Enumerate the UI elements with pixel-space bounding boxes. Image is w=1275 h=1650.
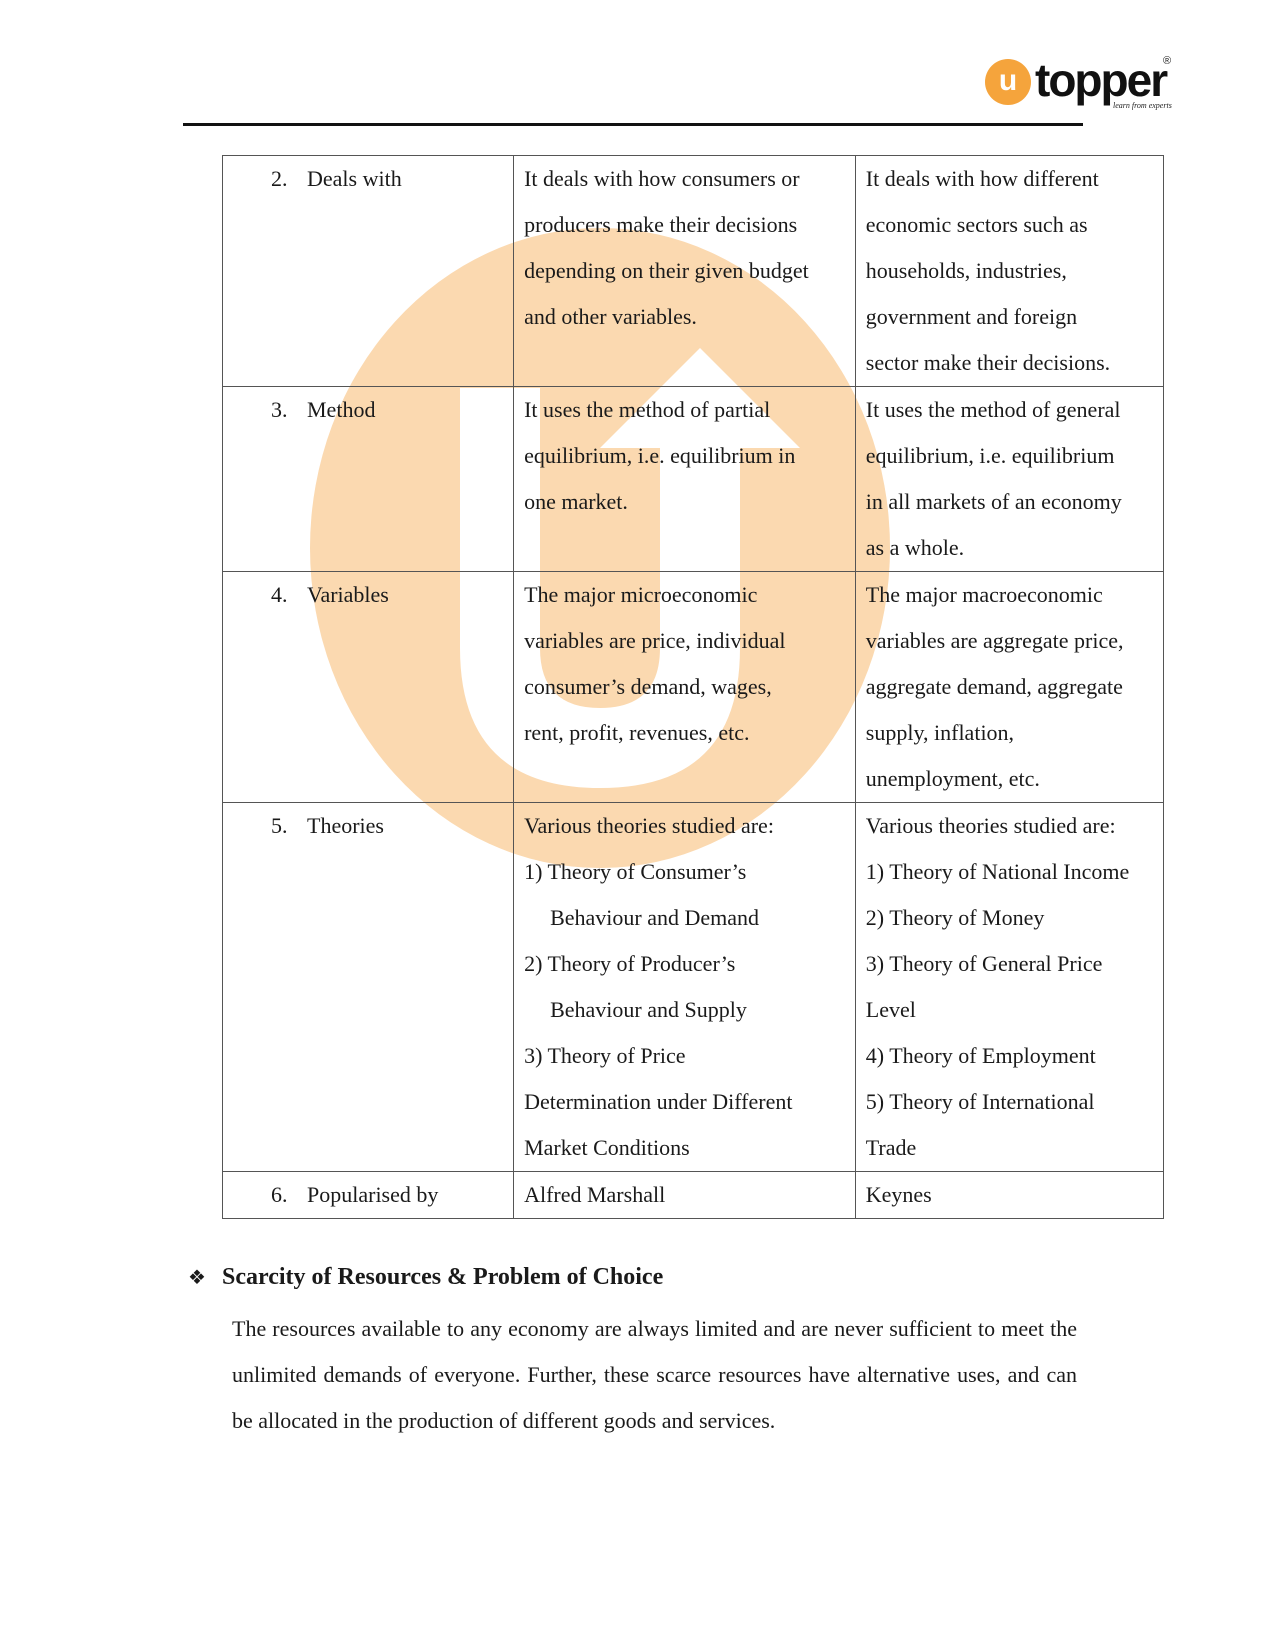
micro-text-line: It uses the method of partial — [524, 387, 845, 433]
micro-text-line: equilibrium, i.e. equilibrium in — [524, 433, 845, 479]
macro-cell: It deals with how differenteconomic sect… — [855, 156, 1163, 387]
table-row: 6.Popularised byAlfred MarshallKeynes — [223, 1172, 1164, 1219]
macro-text-line: economic sectors such as — [866, 202, 1153, 248]
micro-text-line: Various theories studied are: — [524, 803, 845, 849]
macro-text-line: supply, inflation, — [866, 710, 1153, 756]
macro-text-line: The major macroeconomic — [866, 572, 1153, 618]
micro-text-line: Alfred Marshall — [524, 1172, 845, 1218]
micro-text-line: 2) Theory of Producer’s — [524, 941, 845, 987]
header-rule — [183, 123, 1083, 126]
micro-text-line: and other variables. — [524, 294, 845, 340]
row-number: 4. — [271, 572, 307, 618]
micro-cell: Various theories studied are:1) Theory o… — [514, 803, 856, 1172]
logo-badge-icon: u — [985, 59, 1031, 105]
macro-text-line: 5) Theory of International — [866, 1079, 1153, 1125]
micro-text-line: producers make their decisions — [524, 202, 845, 248]
row-label-cell: 4.Variables — [223, 572, 514, 803]
micro-cell: It uses the method of partialequilibrium… — [514, 387, 856, 572]
row-label: Theories — [307, 813, 384, 838]
macro-text-line: equilibrium, i.e. equilibrium — [866, 433, 1153, 479]
macro-text-line: 4) Theory of Employment — [866, 1033, 1153, 1079]
row-number: 3. — [271, 387, 307, 433]
macro-cell: The major macroeconomicvariables are agg… — [855, 572, 1163, 803]
row-label-cell: 6.Popularised by — [223, 1172, 514, 1219]
macro-text-line: 1) Theory of National Income — [866, 849, 1153, 895]
macro-text-line: variables are aggregate price, — [866, 618, 1153, 664]
micro-text-line: Behaviour and Supply — [524, 987, 845, 1033]
macro-text-line: Level — [866, 987, 1153, 1033]
macro-text-line: government and foreign — [866, 294, 1153, 340]
table-row: 3.MethodIt uses the method of partialequ… — [223, 387, 1164, 572]
micro-text-line: The major microeconomic — [524, 572, 845, 618]
micro-cell: It deals with how consumers orproducers … — [514, 156, 856, 387]
logo-tagline: learn from experts — [1113, 101, 1172, 110]
macro-text-line: Various theories studied are: — [866, 803, 1153, 849]
micro-text-line: Determination under Different — [524, 1079, 845, 1125]
micro-text-line: variables are price, individual — [524, 618, 845, 664]
micro-text-line: It deals with how consumers or — [524, 156, 845, 202]
row-label-cell: 3.Method — [223, 387, 514, 572]
macro-text-line: unemployment, etc. — [866, 756, 1153, 802]
macro-cell: Keynes — [855, 1172, 1163, 1219]
macro-text-line: 2) Theory of Money — [866, 895, 1153, 941]
row-label: Variables — [307, 582, 389, 607]
micro-text-line: rent, profit, revenues, etc. — [524, 710, 845, 756]
utopper-logo: u topper ® learn from experts — [985, 55, 1175, 115]
macro-text-line: in all markets of an economy — [866, 479, 1153, 525]
row-label: Deals with — [307, 166, 402, 191]
row-label-cell: 2.Deals with — [223, 156, 514, 387]
section-heading: ❖Scarcity of Resources & Problem of Choi… — [188, 1264, 663, 1291]
macro-text-line: as a whole. — [866, 525, 1153, 571]
macro-text-line: sector make their decisions. — [866, 340, 1153, 386]
row-number: 5. — [271, 803, 307, 849]
table-row: 4.VariablesThe major microeconomicvariab… — [223, 572, 1164, 803]
section-title: Scarcity of Resources & Problem of Choic… — [222, 1264, 663, 1290]
micro-text-line: 3) Theory of Price — [524, 1033, 845, 1079]
macro-text-line: Trade — [866, 1125, 1153, 1171]
macro-text-line: aggregate demand, aggregate — [866, 664, 1153, 710]
micro-text-line: Behaviour and Demand — [524, 895, 845, 941]
micro-cell: The major microeconomicvariables are pri… — [514, 572, 856, 803]
row-number: 2. — [271, 156, 307, 202]
micro-text-line: depending on their given budget — [524, 248, 845, 294]
section-paragraph: The resources available to any economy a… — [232, 1306, 1077, 1444]
macro-text-line: households, industries, — [866, 248, 1153, 294]
row-label-cell: 5.Theories — [223, 803, 514, 1172]
diamond-bullet-icon: ❖ — [188, 1265, 222, 1289]
micro-macro-comparison-table: 2.Deals withIt deals with how consumers … — [222, 155, 1164, 1219]
micro-text-line: consumer’s demand, wages, — [524, 664, 845, 710]
macro-cell: Various theories studied are:1) Theory o… — [855, 803, 1163, 1172]
macro-text-line: It deals with how different — [866, 156, 1153, 202]
table-row: 5.TheoriesVarious theories studied are:1… — [223, 803, 1164, 1172]
macro-text-line: It uses the method of general — [866, 387, 1153, 433]
micro-text-line: one market. — [524, 479, 845, 525]
micro-text-line: Market Conditions — [524, 1125, 845, 1171]
micro-text-line: 1) Theory of Consumer’s — [524, 849, 845, 895]
table-row: 2.Deals withIt deals with how consumers … — [223, 156, 1164, 387]
logo-wordmark: topper — [1035, 53, 1166, 107]
micro-cell: Alfred Marshall — [514, 1172, 856, 1219]
macro-text-line: 3) Theory of General Price — [866, 941, 1153, 987]
row-number: 6. — [271, 1172, 307, 1218]
registered-mark: ® — [1163, 55, 1171, 67]
macro-text-line: Keynes — [866, 1172, 1153, 1218]
row-label: Method — [307, 397, 375, 422]
row-label: Popularised by — [307, 1182, 438, 1207]
macro-cell: It uses the method of generalequilibrium… — [855, 387, 1163, 572]
